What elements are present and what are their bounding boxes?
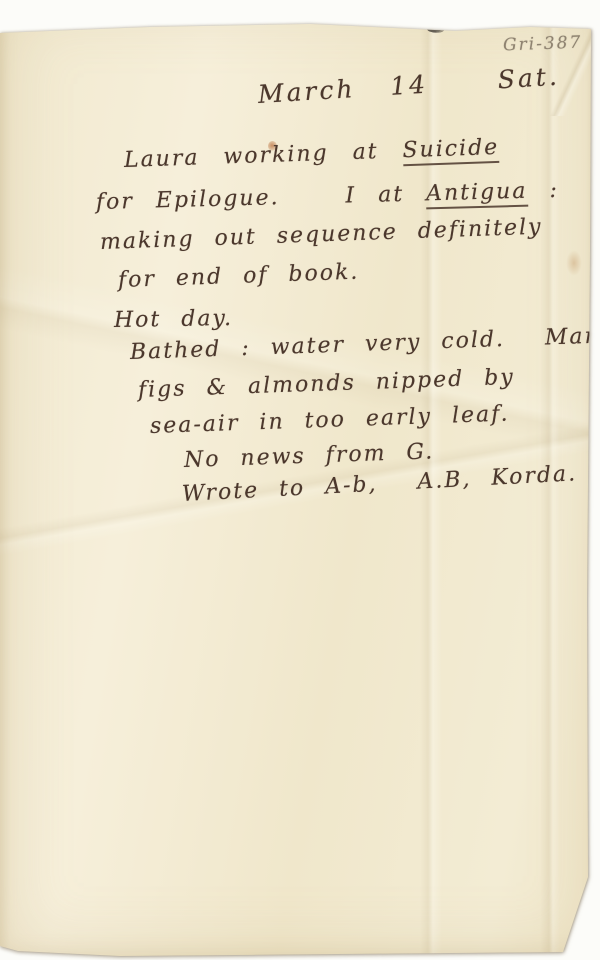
ink-smudge-top-edge — [427, 22, 445, 33]
date-heading: March 14 Sat. — [257, 62, 560, 109]
diary-line-3: making out sequence definitely — [100, 215, 543, 255]
diary-line-1: Laura working at Suicide — [124, 135, 500, 173]
right-edge-stain — [566, 250, 582, 276]
underlined-title-antigua: Antigua — [426, 179, 528, 210]
paper-sheet-wrap: Gri-387 March 14 Sat. Laura working at S… — [0, 0, 600, 960]
diary-paper-sheet: Gri-387 March 14 Sat. Laura working at S… — [0, 0, 600, 960]
underlined-title-suicide: Suicide — [402, 135, 500, 166]
diary-line-8: sea-air in too early leaf. — [150, 401, 510, 439]
diary-line-5: Hot day. — [114, 306, 233, 333]
diary-line-7: figs & almonds nipped by — [138, 365, 516, 403]
line-1-text: Laura working at — [124, 138, 403, 173]
scanner-background: Gri-387 March 14 Sat. Laura working at S… — [0, 0, 600, 960]
line-2-text: for Epilogue. I at — [96, 181, 427, 215]
diary-line-2: for Epilogue. I at Antigua : — [96, 178, 559, 215]
diary-line-4: for end of book. — [118, 260, 360, 293]
diary-line-9: No news from G. — [184, 439, 435, 473]
archive-catalog-mark: Gri-387 — [503, 33, 583, 56]
